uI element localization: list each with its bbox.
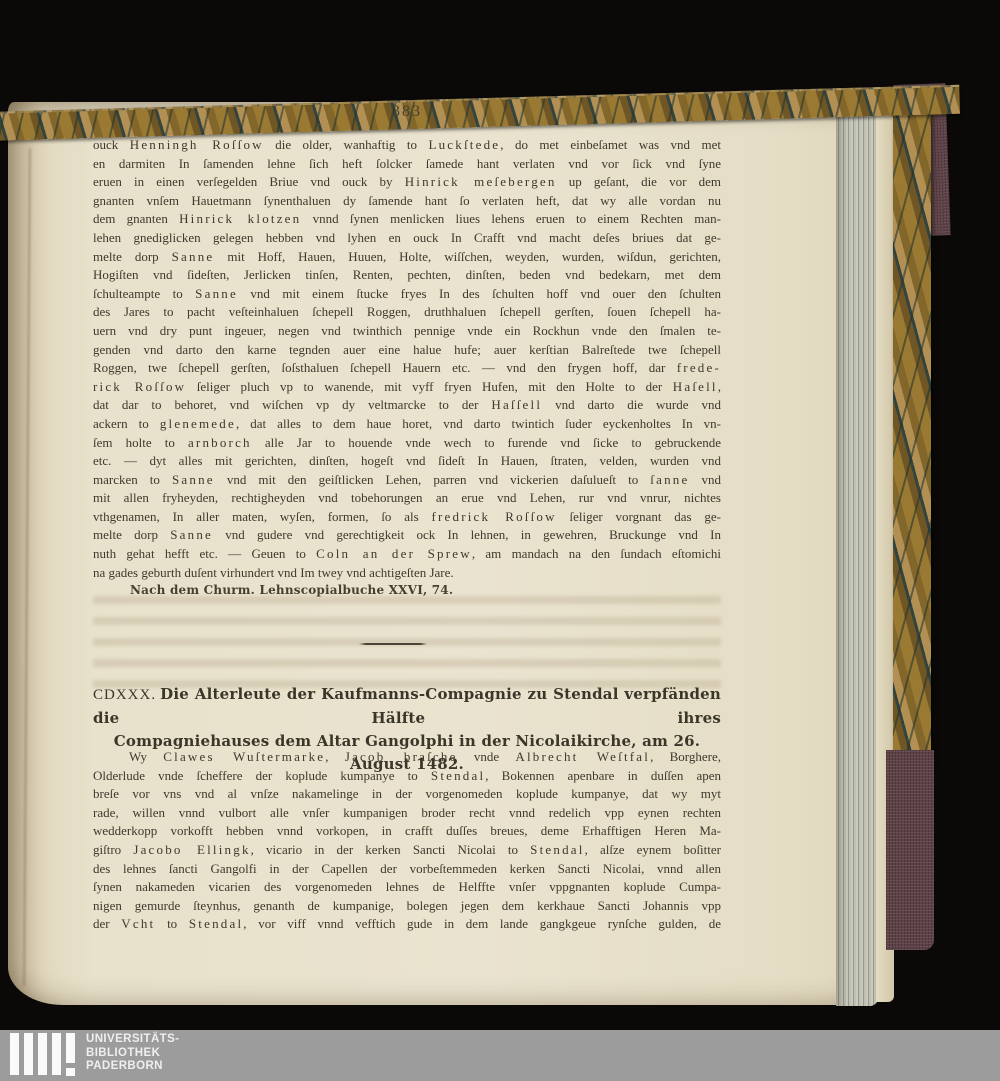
text-line: uern vnd dry punt ingeuer, negen vnd twi… xyxy=(93,322,721,341)
text-line: rade, willen vnnd vulbort alle vnſer kum… xyxy=(93,804,721,823)
text-segment: , dat alles to dem haue horet, vnd darto… xyxy=(236,416,721,431)
text-line: eruen in einen verſegelden Briue vnd ouc… xyxy=(93,173,721,192)
heading-title-part1: Die Alterleute der Kaufmanns-Compagnie z… xyxy=(93,685,721,727)
text-segment: Sanne xyxy=(170,527,213,542)
text-line: dat dar to behoret, vnd wiſchen vp dy ve… xyxy=(93,396,721,415)
library-footer-bar: UNIVERSITÄTS- BIBLIOTHEK PADERBORN xyxy=(0,1030,1000,1081)
text-line: giſtro Jacobo Ellingk, vicario in der ke… xyxy=(93,841,721,860)
text-segment: des lehnes ſancti Gangolfi in der Capell… xyxy=(93,861,721,876)
logo-bar xyxy=(66,1033,75,1063)
text-segment: nuth gehat hefft etc. — Geuen to xyxy=(93,546,316,561)
text-segment: Albrecht Weſtfal xyxy=(515,749,650,764)
text-line: ſem holte to arnborch alle Jar to houend… xyxy=(93,434,721,453)
text-line: melte dorp Sanne mit Hoff, Hauen, Huuen,… xyxy=(93,248,721,267)
library-name-line: PADERBORN xyxy=(86,1060,179,1074)
text-line: vthgenamen, In aller maten, wyſen, forme… xyxy=(93,508,721,527)
source-note: Nach dem Churm. Lehnscopialbuche XXVI, 7… xyxy=(130,583,453,597)
text-segment: Sanne xyxy=(195,286,238,301)
text-line: der Vcht to Stendal, vor viff vnnd vefft… xyxy=(93,915,721,934)
text-line: melte dorp Sanne vnd gudere vnd gerechti… xyxy=(93,526,721,545)
text-segment: , am mandach na den ſundach eſtomichi xyxy=(472,546,721,561)
text-segment: , vor viff vnnd vefftich gude in dem lan… xyxy=(243,916,721,931)
text-segment: frede- xyxy=(677,360,721,375)
text-segment: vnd xyxy=(689,472,721,487)
text-line: dem gnanten Hinrick klotzen vnnd ſynen m… xyxy=(93,210,721,229)
text-line: genden vnd darto den karne tegnden auer … xyxy=(93,341,721,360)
text-segment: ouck xyxy=(93,137,130,152)
section-divider-rule xyxy=(359,643,427,645)
text-segment: melte dorp xyxy=(93,249,172,264)
text-segment: arnborch xyxy=(188,435,252,450)
text-segment: Stendal xyxy=(431,768,485,783)
text-segment: Jacobo Ellingk xyxy=(133,842,250,857)
text-segment: nigen gemurde ſteynhus, genanth de kumpa… xyxy=(93,898,721,913)
text-segment: Sanne xyxy=(172,249,215,264)
text-segment: ſeliger vorgnant das ge- xyxy=(557,509,721,524)
text-segment: Olderlude vnde ſcheffere der koplude kum… xyxy=(93,768,431,783)
text-line: rick Roſſow ſeliger pluch vp to wanende,… xyxy=(93,378,721,397)
text-segment: marcken to xyxy=(93,472,172,487)
ub-paderborn-logo-icon xyxy=(10,1033,76,1079)
text-segment: rade, willen vnnd vulbort alle vnſer kum… xyxy=(93,805,721,820)
text-segment: uern vnd dry punt ingeuer, negen vnd twi… xyxy=(93,323,721,338)
text-segment: mit Hoff, Hauen, Huuen, Holte, wiſſchen,… xyxy=(214,249,721,264)
text-segment: vthgenamen, In aller maten, wyſen, forme… xyxy=(93,509,431,524)
heading-number: CDXXX. xyxy=(93,687,156,703)
text-line: en darmiten In ſamenden lehne ſich heft … xyxy=(93,155,721,174)
text-segment: up geſant, die vor dem xyxy=(557,174,721,189)
logo-bar xyxy=(38,1033,47,1075)
text-segment: , Borghere, xyxy=(650,749,721,764)
marbled-cover-right xyxy=(893,104,931,766)
text-segment: ſanne xyxy=(650,472,689,487)
text-segment: wedderkopp vorkofft hebben vnnd vorkopen… xyxy=(93,823,721,838)
text-line: ſynen nakameden vicarien des vorgenomede… xyxy=(93,878,721,897)
text-line: ackern to glenemede, dat alles to dem ha… xyxy=(93,415,721,434)
text-segment: Henningh Roſſow xyxy=(130,137,264,152)
text-segment: vnde xyxy=(458,749,516,764)
text-segment: melte dorp xyxy=(93,527,170,542)
text-line: etc. — dyt alles mit gerichten, dinſten,… xyxy=(93,452,721,471)
text-segment: Hogiſten vnd ſideſten, Jerlicken tinſen,… xyxy=(93,267,721,282)
ink-bleedthrough xyxy=(93,596,721,688)
library-name: UNIVERSITÄTS- BIBLIOTHEK PADERBORN xyxy=(86,1033,179,1074)
text-segment: Haſell xyxy=(673,379,718,394)
text-segment: ſchulteampte to xyxy=(93,286,195,301)
text-line: Hogiſten vnd ſideſten, Jerlicken tinſen,… xyxy=(93,266,721,285)
text-segment: , Bokennen apenbare in duſſen apen xyxy=(485,768,721,783)
text-segment: breſe vor vns vnd al vnſze nakamelinge i… xyxy=(93,786,721,801)
text-segment: , do met einbeſamet was vnd met xyxy=(500,137,721,152)
text-segment: etc. — dyt alles mit gerichten, dinſten,… xyxy=(93,453,721,468)
text-segment: Jacob braſche xyxy=(345,749,458,764)
text-segment: Haſſell xyxy=(491,397,542,412)
text-segment: Clawes Wuſtermarke xyxy=(163,749,325,764)
text-segment: Sanne xyxy=(172,472,215,487)
text-segment: alle Jar to houende vnde wech to furende… xyxy=(252,435,721,450)
text-line: des Jares to pacht veſteinhaluen ſchepel… xyxy=(93,303,721,322)
paragraph-2: Wy Clawes Wuſtermarke, Jacob braſche vnd… xyxy=(93,748,721,934)
text-segment: ſem holte to xyxy=(93,435,188,450)
text-segment: vnnd ſynen menlicken liues lehens eruen … xyxy=(301,211,721,226)
text-segment: , xyxy=(325,749,345,764)
text-segment: , xyxy=(718,379,721,394)
logo-bar xyxy=(52,1033,61,1075)
text-segment: Stendal xyxy=(189,916,243,931)
text-segment: fredrick Roſſow xyxy=(431,509,556,524)
text-segment: vnd mit einem ſtucke fryes In des ſchult… xyxy=(238,286,721,301)
text-segment: die older, wanhaftig to xyxy=(264,137,429,152)
text-segment: Hinrick klotzen xyxy=(179,211,301,226)
text-segment: Roggen, twe ſchepell gerſten, ſoſsthalue… xyxy=(93,360,677,375)
text-segment: genden vnd darto den karne tegnden auer … xyxy=(93,342,721,357)
text-line: mit allen fryheyden, rechtigheyden vnd t… xyxy=(93,489,721,508)
text-line: des lehnes ſancti Gangolfi in der Capell… xyxy=(93,860,721,879)
text-line: ſchulteampte to Sanne vnd mit einem ſtuc… xyxy=(93,285,721,304)
text-line: gnanten vnſem Hauetmann ſynenthaluen dy … xyxy=(93,192,721,211)
text-segment: Wy xyxy=(129,749,163,764)
logo-bar xyxy=(10,1033,19,1075)
text-segment: ackern to xyxy=(93,416,160,431)
text-segment: rick Roſſow xyxy=(93,379,186,394)
text-line: Roggen, twe ſchepell gerſten, ſoſsthalue… xyxy=(93,359,721,378)
library-name-line: BIBLIOTHEK xyxy=(86,1047,179,1061)
text-segment: der xyxy=(93,916,121,931)
library-name-line: UNIVERSITÄTS- xyxy=(86,1033,179,1047)
text-segment: dem gnanten xyxy=(93,211,179,226)
text-segment: en darmiten In ſamenden lehne ſich heft … xyxy=(93,156,721,171)
text-segment: to xyxy=(155,916,189,931)
text-segment: Coln an der Sprew xyxy=(316,546,472,561)
text-segment: Stendal xyxy=(530,842,584,857)
text-segment: vnd mit den geiſtlicken Lehen, parren vn… xyxy=(215,472,651,487)
text-line: nuth gehat hefft etc. — Geuen to Coln an… xyxy=(93,545,721,564)
text-line: Wy Clawes Wuſtermarke, Jacob braſche vnd… xyxy=(93,748,721,767)
text-line: breſe vor vns vnd al vnſze nakamelinge i… xyxy=(93,785,721,804)
text-segment: dat dar to behoret, vnd wiſchen vp dy ve… xyxy=(93,397,491,412)
text-line: Olderlude vnde ſcheffere der koplude kum… xyxy=(93,767,721,786)
text-segment: ſeliger pluch vp to wanende, mit vyff fr… xyxy=(186,379,673,394)
text-segment: , vicario in der kerken Sancti Nicolai t… xyxy=(251,842,531,857)
heading-line-1: CDXXX. Die Alterleute der Kaufmanns-Comp… xyxy=(93,683,721,730)
book-fore-edge-pages xyxy=(836,98,878,1006)
text-segment: Luckſtede xyxy=(428,137,500,152)
text-segment: des Jares to pacht veſteinhaluen ſchepel… xyxy=(93,304,721,319)
logo-dot xyxy=(66,1068,75,1076)
text-segment: giſtro xyxy=(93,842,133,857)
text-segment: Vcht xyxy=(121,916,155,931)
book-cover-cloth-bottom xyxy=(886,750,934,950)
text-segment: mit allen fryheyden, rechtigheyden vnd t… xyxy=(93,490,721,505)
text-segment: eruen in einen verſegelden Briue vnd ouc… xyxy=(93,174,405,189)
text-line: marcken to Sanne vnd mit den geiſtlicken… xyxy=(93,471,721,490)
text-segment: vnd darto die wurde vnd xyxy=(542,397,721,412)
text-line: lehen gnediglicken gelegen hebben vnd ly… xyxy=(93,229,721,248)
paragraph-1: ouck Henningh Roſſow die older, wanhafti… xyxy=(93,136,721,582)
text-line: na gades geburth duſent virhundert vnd I… xyxy=(93,564,721,583)
text-segment: glenemede xyxy=(160,416,236,431)
text-segment: gnanten vnſem Hauetmann ſynenthaluen dy … xyxy=(93,193,721,208)
text-segment: vnd gudere vnd gerechtigkeit ock In lehn… xyxy=(213,527,721,542)
text-segment: ſynen nakameden vicarien des vorgenomede… xyxy=(93,879,721,894)
text-segment: , alſze eynem boſitter xyxy=(585,842,721,857)
page-number: 383 xyxy=(93,103,721,121)
text-segment: Hinrick meſebergen xyxy=(405,174,557,189)
logo-bar xyxy=(24,1033,33,1075)
text-segment: na gades geburth duſent virhundert vnd I… xyxy=(93,565,454,580)
text-line: wedderkopp vorkofft hebben vnnd vorkopen… xyxy=(93,822,721,841)
text-line: nigen gemurde ſteynhus, genanth de kumpa… xyxy=(93,897,721,916)
text-segment: lehen gnediglicken gelegen hebben vnd ly… xyxy=(93,230,721,245)
text-line: ouck Henningh Roſſow die older, wanhafti… xyxy=(93,136,721,155)
